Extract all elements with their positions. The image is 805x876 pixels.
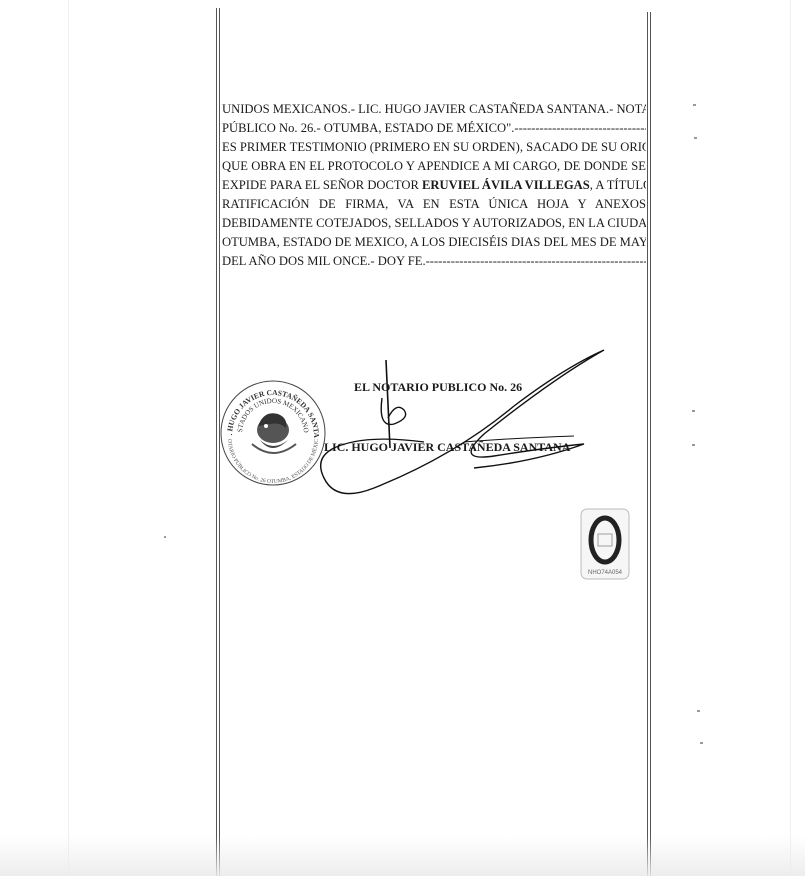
scan-speck — [700, 742, 703, 744]
text-line: DEBIDAMENTE COTEJADOS, SELLADOS Y AUTORI… — [222, 214, 646, 233]
notary-seal-icon: LIC. HUGO JAVIER CASTAÑEDA SANTANA ESTAD… — [218, 378, 328, 488]
scan-speck — [692, 444, 695, 446]
stamp-label: NHO74A054 — [588, 570, 623, 576]
scan-speck — [697, 710, 700, 712]
text-line: EXPIDE PARA EL SEÑOR DOCTOR ERUVIEL ÁVIL… — [222, 176, 646, 195]
scan-speck — [694, 137, 697, 139]
scan-speck — [693, 104, 696, 106]
text-line: RATIFICACIÓN DE FIRMA, VA EN ESTA ÚNICA … — [222, 195, 646, 214]
security-stamp-icon: NHO74A054 — [580, 508, 630, 580]
scan-speck — [692, 410, 695, 412]
document-body: UNIDOS MEXICANOS.- LIC. HUGO JAVIER CAST… — [222, 100, 646, 271]
viewer-right-edge — [790, 0, 791, 876]
viewer-left-edge — [68, 0, 69, 876]
document-page: UNIDOS MEXICANOS.- LIC. HUGO JAVIER CAST… — [214, 8, 654, 876]
text-line: OTUMBA, ESTADO DE MEXICO, A LOS DIECISÉI… — [222, 233, 646, 252]
text-line: QUE OBRA EN EL PROTOCOLO Y APENDICE A MI… — [222, 157, 646, 176]
text-before-name: EXPIDE PARA EL SEÑOR DOCTOR — [222, 178, 422, 192]
right-margin-rule — [647, 12, 651, 876]
text-line: PÚBLICO No. 26.- OTUMBA, ESTADO DE MÉXIC… — [222, 119, 646, 138]
text-line: DEL AÑO DOS MIL ONCE.- DOY FE.----------… — [222, 252, 646, 271]
recipient-name: ERUVIEL ÁVILA VILLEGAS — [422, 178, 590, 192]
text-after-name: , A TÍTULO DE — [590, 178, 646, 192]
text-line: UNIDOS MEXICANOS.- LIC. HUGO JAVIER CAST… — [222, 100, 646, 119]
scan-speck — [164, 536, 166, 538]
text-line: ES PRIMER TESTIMONIO (PRIMERO EN SU ORDE… — [222, 138, 646, 157]
signature-icon — [314, 338, 614, 508]
viewer-bottom-shade — [0, 836, 805, 876]
